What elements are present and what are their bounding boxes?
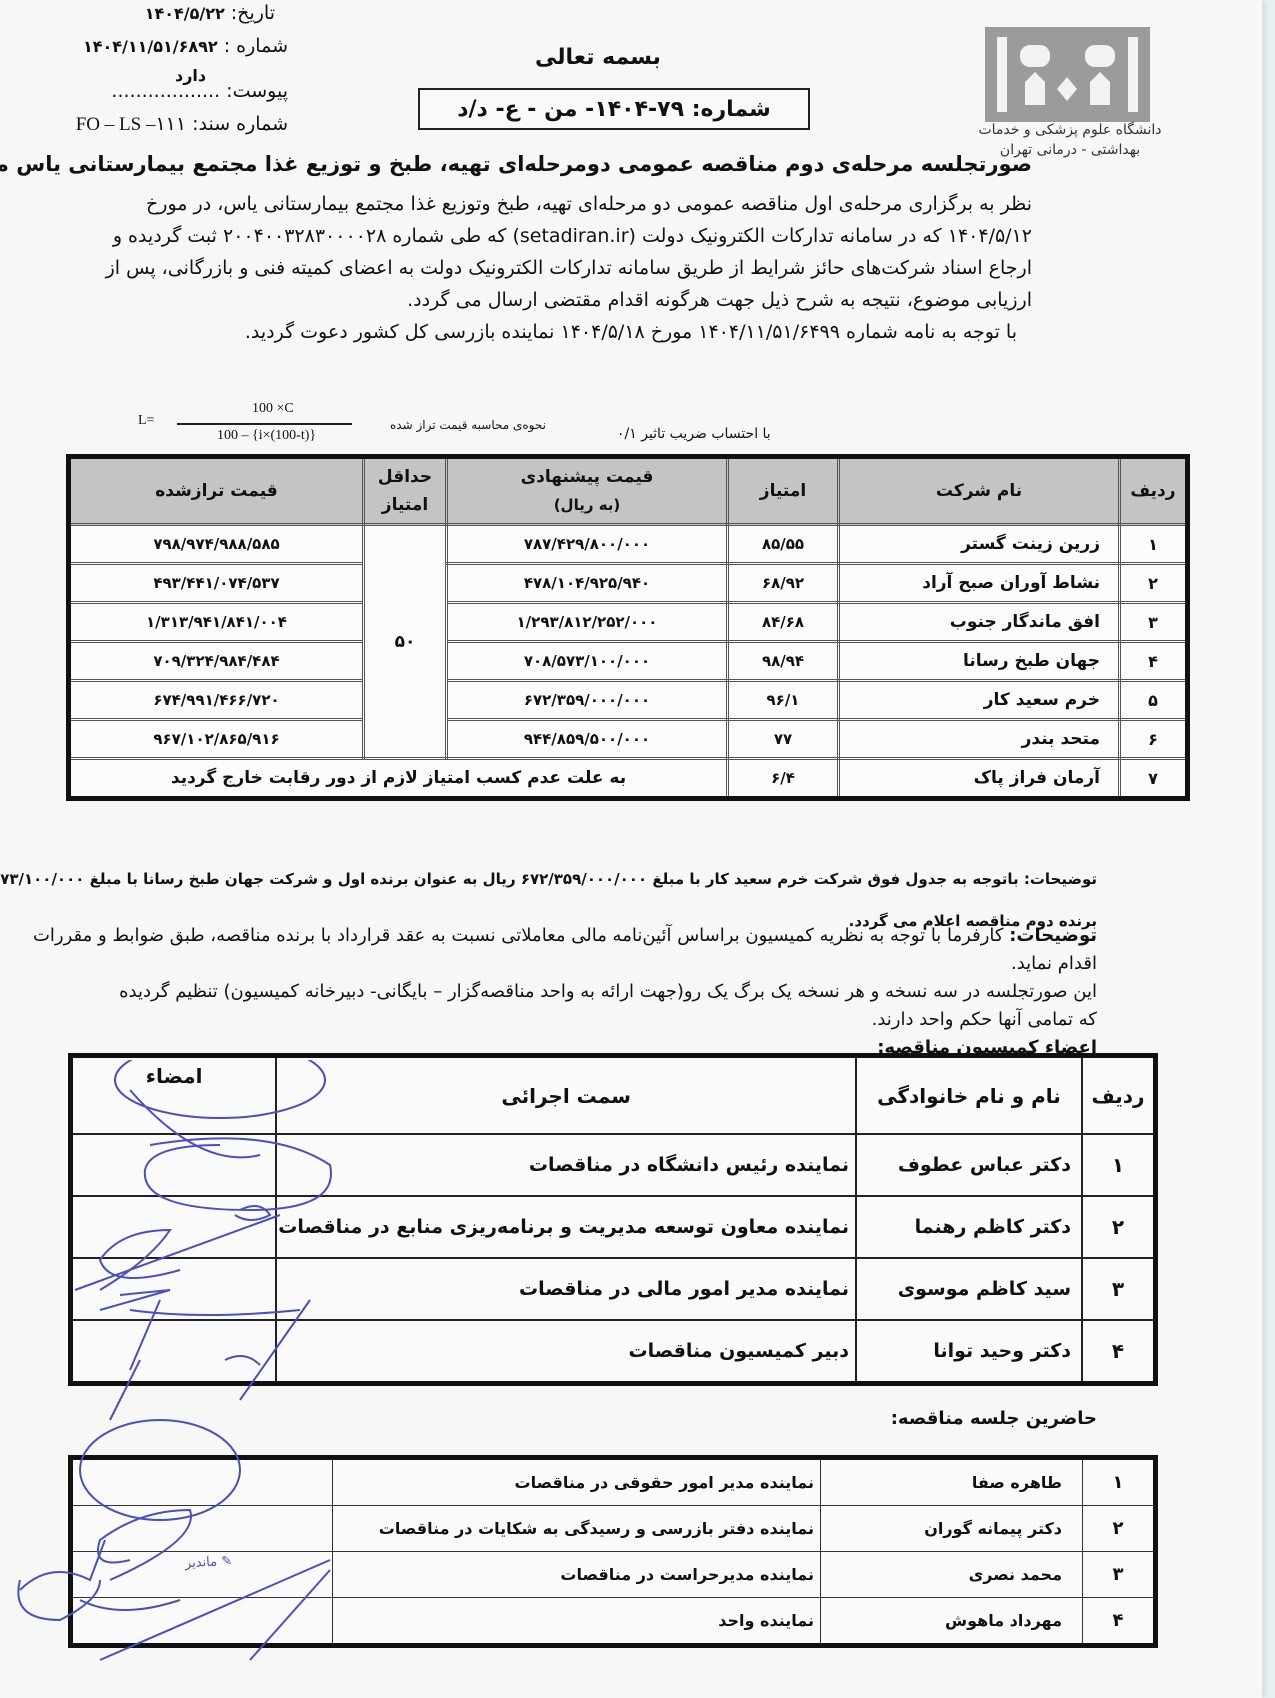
doc-number-label: شماره سند:	[192, 113, 288, 135]
table-row: ۳ محمد نصری نماینده مدیرحراست در مناقصات	[71, 1552, 1156, 1598]
table-row: ۱ طاهره صفا نماینده مدیر امور حقوقی در م…	[71, 1458, 1156, 1506]
doc-number-field: شماره سند: FO – LS –۱۱۱	[55, 113, 288, 136]
instructions-note: توضیحات: کارفرما با توجه به نظریه کمیسیو…	[0, 922, 1097, 1034]
body-line-2: ۱۴۰۴/۵/۱۲ که در سامانه تدارکات الکترونیک…	[32, 220, 1032, 252]
col-role: سمت اجرائی	[276, 1056, 856, 1135]
signature-cell	[71, 1320, 277, 1384]
body-paragraph: نظر به برگزاری مرحله‌ی اول مناقصه عمومی …	[32, 188, 1032, 348]
commission-members-table: ردیف نام و نام خانوادگی سمت اجرائی امضاء…	[68, 1053, 1158, 1386]
table-row: ۲ دکتر کاظم رهنما نماینده معاون توسعه مد…	[71, 1196, 1156, 1258]
col-name: نام و نام خانوادگی	[856, 1056, 1082, 1135]
attachment-label: پیوست:	[226, 80, 288, 102]
date-value: ۱۴۰۴/۵/۲۲	[145, 4, 225, 23]
doc-number-value: FO – LS –۱۱۱	[76, 114, 186, 135]
table-row: ۲ نشاط آوران صبح آراد ۶۸/۹۲ ۴۷۸/۱۰۴/۹۲۵/…	[69, 564, 1188, 603]
influence-coefficient: با احتساب ضریب تاثیر ۰/۱	[617, 426, 771, 442]
min-score-cell: ۵۰	[364, 525, 447, 759]
table-row: ۴ جهان طبخ رسانا ۹۸/۹۴ ۷۰۸/۵۷۳/۱۰۰/۰۰۰ ۷…	[69, 642, 1188, 681]
fraction-bar	[177, 423, 352, 425]
table-row: ۱ دکتر عباس عطوف نماینده رئیس دانشگاه در…	[71, 1134, 1156, 1196]
col-leveled-price: قیمت ترازشده	[69, 457, 364, 525]
signature-cell	[71, 1134, 277, 1196]
signature-cell	[71, 1196, 277, 1258]
table-header-row: ردیف نام و نام خانوادگی سمت اجرائی امضاء	[71, 1056, 1156, 1135]
date-field: تاریخ: ۱۴۰۴/۵/۲۲	[125, 2, 275, 24]
table-row: ۳ سید کاظم موسوی نماینده مدیر امور مالی …	[71, 1258, 1156, 1320]
col-score: امتیاز	[728, 457, 839, 525]
signature-cell	[71, 1506, 333, 1552]
bismillah-heading: بسمه تعالی	[535, 45, 661, 70]
document-page: تاریخ: ۱۴۰۴/۵/۲۲ شماره : ۱۴۰۴/۱۱/۵۱/۶۸۹۲…	[0, 0, 1262, 1698]
signature-cell	[71, 1598, 333, 1646]
table-row: ۳ افق ماندگار جنوب ۸۴/۶۸ ۱/۲۹۳/۸۱۲/۲۵۲/۰…	[69, 603, 1188, 642]
handwritten-annotation: ✎ ﻣﺎﻧﺪﯾﺮ	[185, 1554, 233, 1571]
body-line-1: نظر به برگزاری مرحله‌ی اول مناقصه عمومی …	[32, 188, 1032, 220]
date-label: تاریخ:	[231, 2, 275, 24]
col-company: نام شرکت	[839, 457, 1120, 525]
signature-cell	[71, 1458, 333, 1506]
table-header-row: ردیف نام شرکت امتیاز قیمت پیشنهادی (به ر…	[69, 457, 1188, 525]
table-row: ۱ زرین زینت گستر ۸۵/۵۵ ۷۸۷/۴۲۹/۸۰۰/۰۰۰ ۵…	[69, 525, 1188, 564]
instructions-label: توضیحات:	[1009, 925, 1097, 946]
col-min-score: حداقل امتیاز	[364, 457, 447, 525]
number-value: ۱۴۰۴/۱۱/۵۱/۶۸۹۲	[83, 37, 218, 56]
document-title: صورتجلسه مرحله‌ی دوم مناقصه عمومی دومرحل…	[0, 152, 1032, 176]
number-field: شماره : ۱۴۰۴/۱۱/۵۱/۶۸۹۲	[58, 35, 288, 57]
formula-lhs: L=	[138, 413, 154, 429]
body-line-5: با توجه به نامه شماره ۱۴۰۴/۱۱/۵۱/۶۴۹۹ مو…	[32, 316, 1032, 348]
col-signature: امضاء	[71, 1056, 277, 1135]
table-row: ۴ دکتر وحید توانا دبیر کمیسیون مناقصات	[71, 1320, 1156, 1384]
table-row: ۴ مهرداد ماهوش نماینده واحد	[71, 1598, 1156, 1646]
formula-denominator: 100 – {i×(100-t)}	[217, 428, 316, 444]
attendees-label: حاضرین جلسه مناقصه:	[891, 1408, 1097, 1429]
formula-numerator: 100 ×C	[252, 401, 294, 417]
table-row: ۲ دکتر پیمانه گوران نماینده دفتر بازرسی …	[71, 1506, 1156, 1552]
col-row: ردیف	[1120, 457, 1188, 525]
disqualified-note: به علت عدم کسب امتیاز لازم از دور رقابت …	[69, 759, 728, 799]
winner-note-line-1: توضیحات: باتوجه به جدول فوق شرکت خرم سعی…	[0, 870, 1097, 888]
attendees-table: ۱ طاهره صفا نماینده مدیر امور حقوقی در م…	[68, 1455, 1158, 1648]
table-row: ۶ متحد بندر ۷۷ ۹۴۴/۸۵۹/۵۰۰/۰۰۰ ۹۶۷/۱۰۲/۸…	[69, 720, 1188, 759]
body-line-4: ارزیابی موضوع، نتیجه به شرح ذیل جهت هرگو…	[32, 284, 1032, 316]
university-logo	[985, 27, 1150, 122]
body-line-3: ارجاع اسناد شرکت‌های حائز شرایط از طریق …	[32, 252, 1032, 284]
table-row: ۷ آرمان فراز پاک ۶/۴ به علت عدم کسب امتی…	[69, 759, 1188, 799]
commission-results-table: ردیف نام شرکت امتیاز قیمت پیشنهادی (به ر…	[66, 454, 1190, 801]
number-label: شماره :	[224, 35, 288, 57]
col-offer-price: قیمت پیشنهادی (به ریال)	[447, 457, 728, 525]
reference-number-box: شماره: ۷۹-۱۴۰۴- من - ع- د/د	[418, 88, 810, 130]
logo-emblem-icon	[985, 27, 1150, 122]
formula-caption: نحوه‌ی محاسبه قیمت تراز شده	[390, 418, 546, 432]
signature-cell	[71, 1258, 277, 1320]
table-row: ۵ خرم سعید کار ۹۶/۱ ۶۷۲/۳۵۹/۰۰۰/۰۰۰ ۶۷۴/…	[69, 681, 1188, 720]
attachment-field: پیوست: ..................	[128, 80, 288, 102]
col-row: ردیف	[1082, 1056, 1156, 1135]
